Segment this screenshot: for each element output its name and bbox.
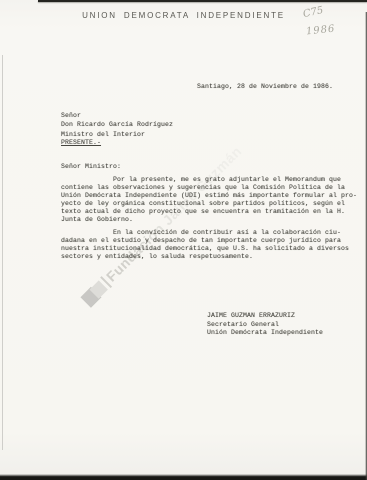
pencil-annotation-year: 1986 xyxy=(306,23,336,37)
scan-edge-top xyxy=(38,0,367,2)
scanned-letter-page: Fundación Jaime Guzmán UNION DEMOCRATA I… xyxy=(0,0,367,480)
letterhead-title: UNION DEMOCRATA INDEPENDIENTE xyxy=(0,11,367,20)
scan-edge-left xyxy=(2,55,3,450)
scan-edge-bottom xyxy=(0,474,367,480)
date-line: Santiago, 28 de Noviembre de 1986. xyxy=(197,83,333,91)
presente-line: PRESENTE.- xyxy=(61,139,101,147)
recipient-block: Señor Don Ricardo García Rodríguez Minis… xyxy=(61,111,173,139)
signature-block: JAIME GUZMAN ERRAZURIZ Secretario Genera… xyxy=(207,312,323,338)
body-paragraph-2: En la convicción de contribuir así a la … xyxy=(61,229,349,261)
body-paragraph-1: Por la presente, me es grato adjuntarle … xyxy=(61,176,357,224)
salutation-line: Señor Ministro: xyxy=(61,163,121,171)
